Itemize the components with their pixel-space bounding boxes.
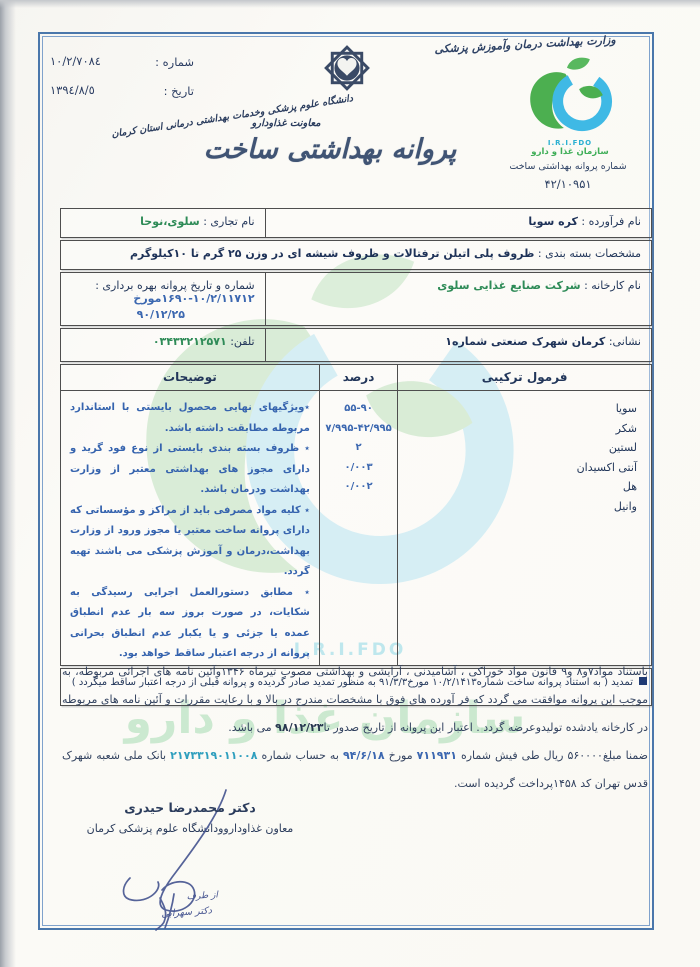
account-no: ۲۱۷۳۳۱۹۰۱۱۰۰۸ (170, 749, 257, 762)
payment-text: پرداخت گردیده است. (454, 777, 553, 790)
notes-column: توضیحات ٭ویژگیهای نهایی محصول بایستی با … (61, 365, 319, 665)
phone-label: تلفن: (230, 335, 254, 348)
ingredient: وانیل (398, 497, 637, 517)
payment-text: به حساب شماره (257, 749, 342, 762)
document-title: پروانه بهداشتی ساخت (196, 134, 464, 165)
address-label: نشانی: (609, 335, 641, 348)
phone-cell: تلفن: ۰۳۴۳۳۲۱۲۵۷۱ (61, 329, 265, 361)
license-table: نام فرآورده : کره سویا نام تجاری : سلوی،… (60, 208, 652, 708)
fdo-caption-fa: سازمان غذا و دارو (505, 147, 635, 157)
packaging-value: ظروف پلی اتیلن ترفتالات و ظروف شیشه ای د… (130, 247, 534, 260)
operation-license-date: ۹۰/۱۲/۲۵ (67, 308, 255, 321)
percent-column: درصد ۵۵-۹۰ ۷/۹۹۵-۴۲/۹۹۵ ۲ ۰/۰۰۳ ۰/۰۰۲ (319, 365, 397, 665)
trade-value: سلوی،نوحا (140, 215, 200, 228)
notes-list: ٭ویژگیهای نهایی محصول بایستی با استاندار… (61, 391, 319, 665)
product-label: نام فرآورده : (581, 215, 641, 228)
packaging-label: مشخصات بسته بندی : (538, 247, 641, 260)
serial-label: شماره : (142, 55, 194, 69)
scanned-license-document: I.R.I.FDO سازمان غذا و دارو وزارت بهداشت… (0, 0, 700, 967)
percent-value: ۰/۰۰۲ (322, 477, 395, 497)
percent-header: درصد (320, 365, 397, 391)
product-value: کره سویا (528, 215, 578, 228)
ingredient: شکر (398, 419, 637, 439)
manufacturing-license-no-label: شماره پروانه بهداشتی ساخت (492, 161, 644, 172)
fdo-logo (514, 57, 626, 141)
factory-value: شرکت صنایع غذایی سلوی (437, 279, 580, 292)
receipt-no: ۷۱۱۹۳۱ (417, 749, 457, 762)
receipt-date: ۹۴/۶/۱۸ (343, 749, 385, 762)
ingredient-list: سویا شکر لستین آنتی اکسیدان هل وانیل (398, 391, 651, 516)
payment-text: مورخ (385, 749, 417, 762)
percent-value: ۲ (322, 438, 395, 458)
percent-value: ۷/۹۹۵-۴۲/۹۹۵ (322, 419, 395, 439)
ingredient: سویا (398, 399, 637, 419)
row-packaging: مشخصات بسته بندی : ظروف پلی اتیلن ترفتال… (60, 240, 652, 270)
signatory-name: دکتر محمدرضا حیدری (70, 800, 310, 815)
formula-header: فرمول ترکیبی (398, 365, 651, 391)
row-factory: نام کارخانه : شرکت صنایع غذایی سلوی شمار… (60, 272, 652, 326)
license-terms-paragraph: باستناد مواد۷و۸ و۹ قانون مواد خوراکی ، آ… (62, 658, 648, 798)
note-item: ٭ ظروف بسته بندی بایستی از نوع فود گرید … (70, 439, 310, 501)
percent-value: ۰/۰۰۳ (322, 458, 395, 478)
row-product: نام فرآورده : کره سویا نام تجاری : سلوی،… (60, 208, 652, 238)
branch-code: ۱۴۵۸ (553, 777, 577, 790)
date-label: تاریخ : (142, 84, 194, 98)
expiry-date: ۹۸/۱۲/۲۳ (275, 721, 323, 734)
notes-header: توضیحات (61, 365, 319, 391)
ingredient: لستین (398, 438, 637, 458)
note-item: ٭ویژگیهای نهایی محصول بایستی با استاندار… (70, 398, 310, 439)
operation-license-no: ۱۶۹۰-۱۰/۲/۱۱۷۱۲ (161, 292, 254, 305)
packaging-cell: مشخصات بسته بندی : ظروف پلی اتیلن ترفتال… (61, 241, 651, 269)
factory-cell: نام کارخانه : شرکت صنایع غذایی سلوی (265, 273, 651, 325)
operation-license-label: شماره و تاریخ پروانه بهره برداری : (95, 279, 254, 292)
row-address: نشانی: کرمان شهرک صنعتی شماره۱ تلفن: ۰۳۴… (60, 328, 652, 362)
manufacturing-license-no: ۴۲/۱۰۹۵۱ (492, 177, 644, 191)
formula-column: فرمول ترکیبی سویا شکر لستین آنتی اکسیدان… (397, 365, 651, 665)
operation-license-suffix: مورخ (133, 292, 161, 305)
serial-value: ١٠/٢/٧٠٨٤ (50, 54, 138, 68)
percent-list: ۵۵-۹۰ ۷/۹۹۵-۴۲/۹۹۵ ۲ ۰/۰۰۳ ۰/۰۰۲ (320, 391, 397, 497)
factory-label: نام کارخانه : (584, 279, 641, 292)
payment-text: ضمنا مبلغ۵۶۰۰۰۰ ریال طی فیش شماره (457, 749, 648, 762)
note-item: ٭ کلیه مواد مصرفی باید از مراکز و مؤسسات… (70, 501, 310, 583)
trade-name-cell: نام تجاری : سلوی،نوحا (61, 209, 265, 237)
trade-label: نام تجاری : (203, 215, 254, 228)
phone-value: ۰۳۴۳۳۲۱۲۵۷۱ (153, 335, 227, 348)
terms-text: باستناد مواد۷و۸ و۹ قانون مواد خوراکی ، آ… (62, 665, 648, 734)
product-cell: نام فرآورده : کره سویا (265, 209, 651, 237)
food-drug-deputy: معاونت غذاودارو (228, 118, 344, 129)
ingredient: آنتی اکسیدان (398, 458, 637, 478)
address-cell: نشانی: کرمان شهرک صنعتی شماره۱ (265, 329, 651, 361)
terms-text: می باشد. (228, 721, 275, 734)
date-value: ١٣٩٤/٨/٥ (50, 83, 138, 97)
operation-license-cell: شماره و تاریخ پروانه بهره برداری : ۱۶۹۰-… (61, 273, 265, 325)
row-formula: فرمول ترکیبی سویا شکر لستین آنتی اکسیدان… (60, 364, 652, 666)
note-item: ٭ مطابق دستورالعمل اجرایی رسیدگی به شکای… (70, 583, 310, 665)
university-emblem-icon (321, 42, 373, 94)
ingredient: هل (398, 477, 637, 497)
percent-value: ۵۵-۹۰ (322, 399, 395, 419)
fdo-caption-en: I.R.I.FDO (505, 139, 635, 147)
address-value: کرمان شهرک صنعتی شماره۱ (445, 335, 605, 348)
